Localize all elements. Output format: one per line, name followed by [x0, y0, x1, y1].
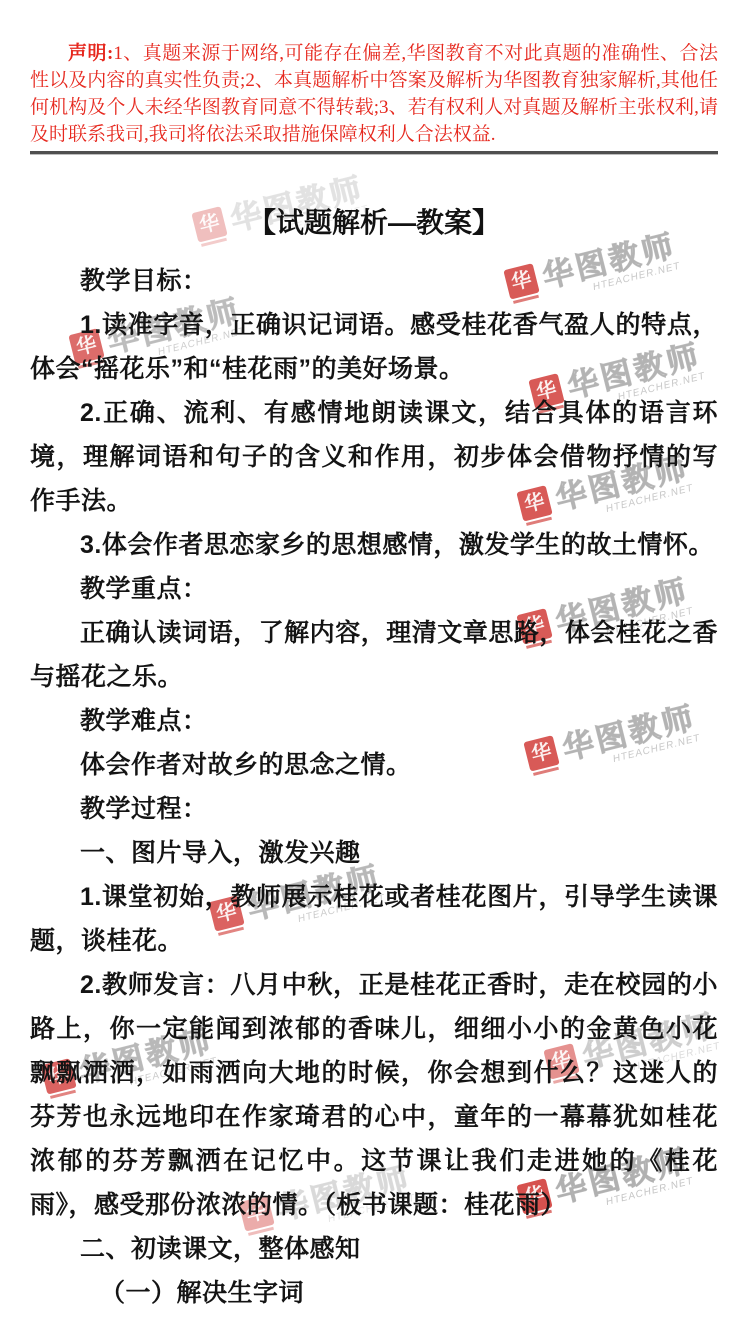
page-title: 【试题解析—教案】: [30, 205, 718, 241]
section-divider: [30, 151, 718, 155]
document-page: 华 华图教师HTEACHER.NET 华 华图教师HTEACHER.NET 华 …: [0, 0, 748, 1335]
disclaimer: 声明:1、真题来源于网络,可能存在偏差,华图教育不对此真题的准确性、合法性以及内…: [30, 40, 718, 148]
section-heading: 教学过程：: [30, 787, 718, 831]
paragraph: 二、初读课文，整体感知: [30, 1227, 718, 1271]
paragraph: 1.课堂初始，教师展示桂花或者桂花图片，引导学生读课题，谈桂花。: [30, 875, 718, 963]
disclaimer-text: 1、真题来源于网络,可能存在偏差,华图教育不对此真题的准确性、合法性以及内容的真…: [30, 43, 718, 145]
paragraph: 体会作者对故乡的思念之情。: [30, 743, 718, 787]
paragraph: 3.体会作者思恋家乡的思想感情，激发学生的故土情怀。: [30, 523, 718, 567]
section-heading: 教学难点：: [30, 699, 718, 743]
paragraph: （一）解决生字词: [30, 1271, 718, 1315]
paragraph: 正确认读词语，了解内容，理清文章思路，体会桂花之香与摇花之乐。: [30, 611, 718, 699]
section-heading: 教学目标：: [30, 259, 718, 303]
document-content: 声明:1、真题来源于网络,可能存在偏差,华图教育不对此真题的准确性、合法性以及内…: [0, 0, 748, 1315]
disclaimer-label: 声明:: [68, 43, 113, 64]
section-heading: 教学重点：: [30, 567, 718, 611]
paragraph: 一、图片导入，激发兴趣: [30, 831, 718, 875]
paragraph: 2.正确、流利、有感情地朗读课文，结合具体的语言环境，理解词语和句子的含义和作用…: [30, 391, 718, 523]
paragraph: 1.读准字音，正确识记词语。感受桂花香气盈人的特点，体会“摇花乐”和“桂花雨”的…: [30, 303, 718, 391]
paragraph: 2.教师发言：八月中秋，正是桂花正香时，走在校园的小路上，你一定能闻到浓郁的香味…: [30, 963, 718, 1227]
